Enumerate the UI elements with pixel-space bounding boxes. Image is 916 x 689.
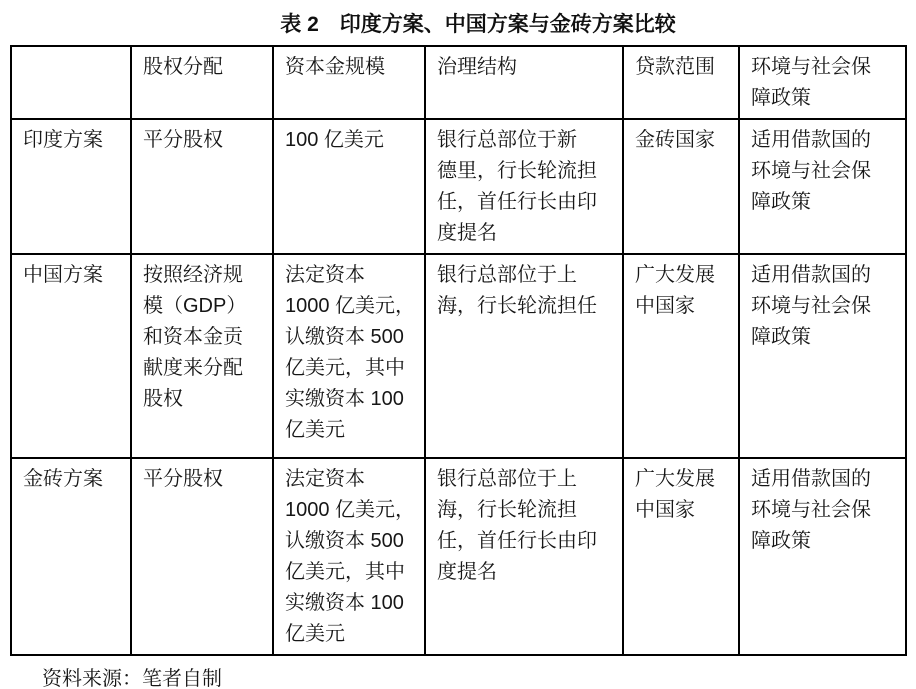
china-safeguard-cell: 适用借款国的 环境与社会保 障政策 — [739, 254, 906, 458]
brics-equity-cell: 平分股权 — [131, 458, 273, 655]
header-capital: 资本金规模 — [273, 46, 425, 119]
brics-safeguard-cell: 适用借款国的 环境与社会保 障政策 — [739, 458, 906, 655]
header-loan-scope: 贷款范围 — [623, 46, 739, 119]
table-row-china-plan: 中国方案 按照经济规 模（GDP） 和资本金贡 献度来分配 股权 法定资本 10… — [11, 254, 906, 458]
header-corner-cell — [11, 46, 131, 119]
brics-scope-cell: 广大发展 中国家 — [623, 458, 739, 655]
china-equity-cell: 按照经济规 模（GDP） 和资本金贡 献度来分配 股权 — [131, 254, 273, 458]
row-label-india: 印度方案 — [11, 119, 131, 254]
comparison-table: 股权分配 资本金规模 治理结构 贷款范围 环境与社会保 障政策 印度方案 平分股… — [10, 45, 907, 656]
india-governance-cell: 银行总部位于新 德里，行长轮流担 任，首任行长由印 度提名 — [425, 119, 623, 254]
header-equity: 股权分配 — [131, 46, 273, 119]
row-label-china: 中国方案 — [11, 254, 131, 458]
brics-capital-cell: 法定资本 1000 亿美元， 认缴资本 500 亿美元，其中 实缴资本 100 … — [273, 458, 425, 655]
india-safeguard-cell: 适用借款国的 环境与社会保 障政策 — [739, 119, 906, 254]
table-row-india-plan: 印度方案 平分股权 100 亿美元 银行总部位于新 德里，行长轮流担 任，首任行… — [11, 119, 906, 254]
row-label-brics: 金砖方案 — [11, 458, 131, 655]
india-scope-cell: 金砖国家 — [623, 119, 739, 254]
brics-governance-cell: 银行总部位于上 海，行长轮流担 任，首任行长由印 度提名 — [425, 458, 623, 655]
india-capital-cell: 100 亿美元 — [273, 119, 425, 254]
table-row-brics-plan: 金砖方案 平分股权 法定资本 1000 亿美元， 认缴资本 500 亿美元，其中… — [11, 458, 906, 655]
india-equity-cell: 平分股权 — [131, 119, 273, 254]
china-capital-cell: 法定资本 1000 亿美元， 认缴资本 500 亿美元，其中 实缴资本 100 … — [273, 254, 425, 458]
source-note: 资料来源：笔者自制 — [42, 665, 916, 689]
header-governance: 治理结构 — [425, 46, 623, 119]
china-scope-cell: 广大发展 中国家 — [623, 254, 739, 458]
table-header-row: 股权分配 资本金规模 治理结构 贷款范围 环境与社会保 障政策 — [11, 46, 906, 119]
document-page: 表 2 印度方案、中国方案与金砖方案比较 股权分配 资本金规模 治理结构 贷款范… — [0, 0, 916, 689]
china-governance-cell: 银行总部位于上 海，行长轮流担任 — [425, 254, 623, 458]
header-safeguard: 环境与社会保 障政策 — [739, 46, 906, 119]
table-caption: 表 2 印度方案、中国方案与金砖方案比较 — [0, 0, 916, 45]
